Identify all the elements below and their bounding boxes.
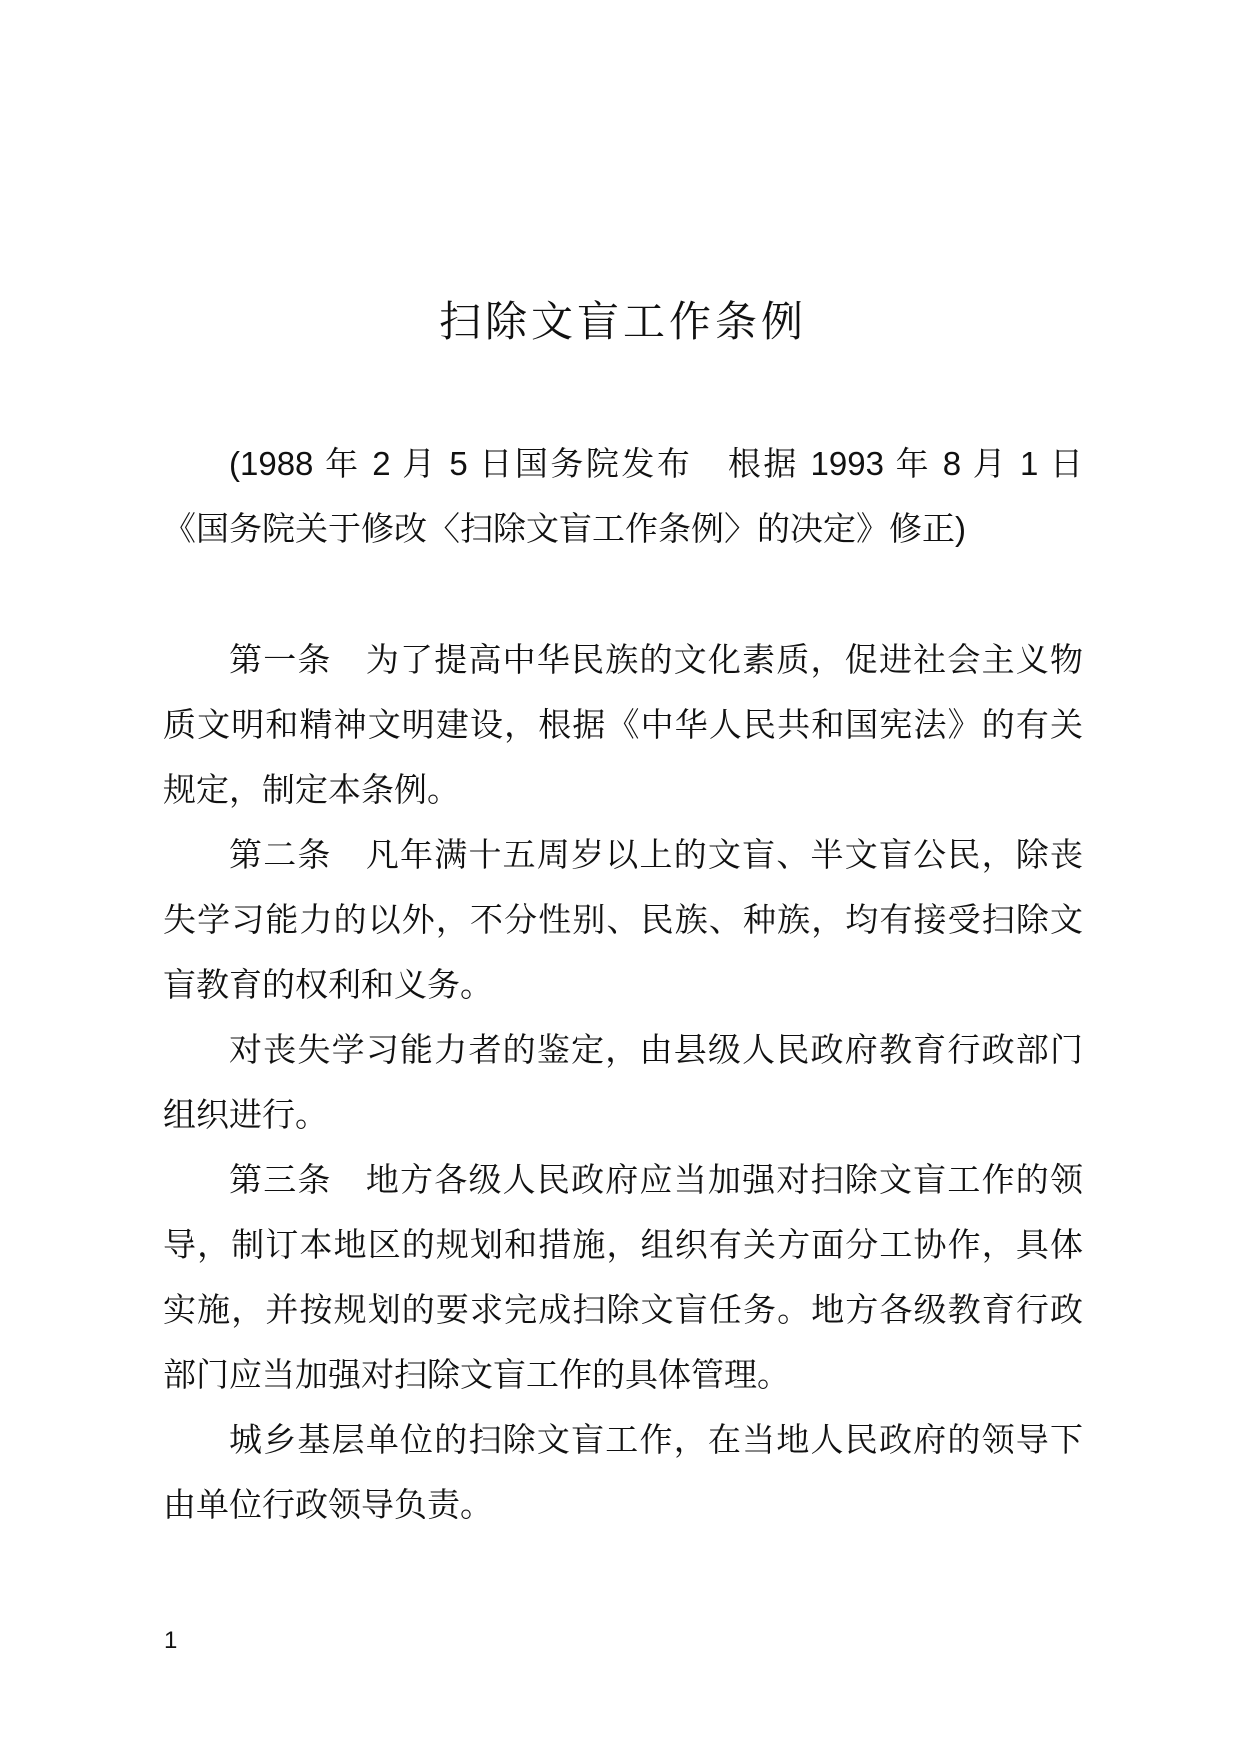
article-2-supplement-paragraph: 对丧失学习能力者的鉴定，由县级人民政府教育行政部门组织进行。 [163,1017,1083,1147]
document-page: 扫除文盲工作条例 (1988 年 2 月 5 日国务院发布 根据 1993 年 … [0,0,1240,1754]
document-content: 扫除文盲工作条例 (1988 年 2 月 5 日国务院发布 根据 1993 年 … [163,0,1083,1537]
publication-note: (1988 年 2 月 5 日国务院发布 根据 1993 年 8 月 1 日《国… [163,431,1083,561]
page-number: 1 [164,1626,177,1656]
article-3-paragraph: 第三条 地方各级人民政府应当加强对扫除文盲工作的领导，制订本地区的规划和措施，组… [163,1147,1083,1407]
document-title: 扫除文盲工作条例 [163,300,1083,346]
article-1-paragraph: 第一条 为了提高中华民族的文化素质，促进社会主义物质文明和精神文明建设，根据《中… [163,627,1083,822]
article-2-paragraph: 第二条 凡年满十五周岁以上的文盲、半文盲公民，除丧失学习能力的以外，不分性别、民… [163,822,1083,1017]
article-3-supplement-paragraph: 城乡基层单位的扫除文盲工作，在当地人民政府的领导下由单位行政领导负责。 [163,1407,1083,1537]
